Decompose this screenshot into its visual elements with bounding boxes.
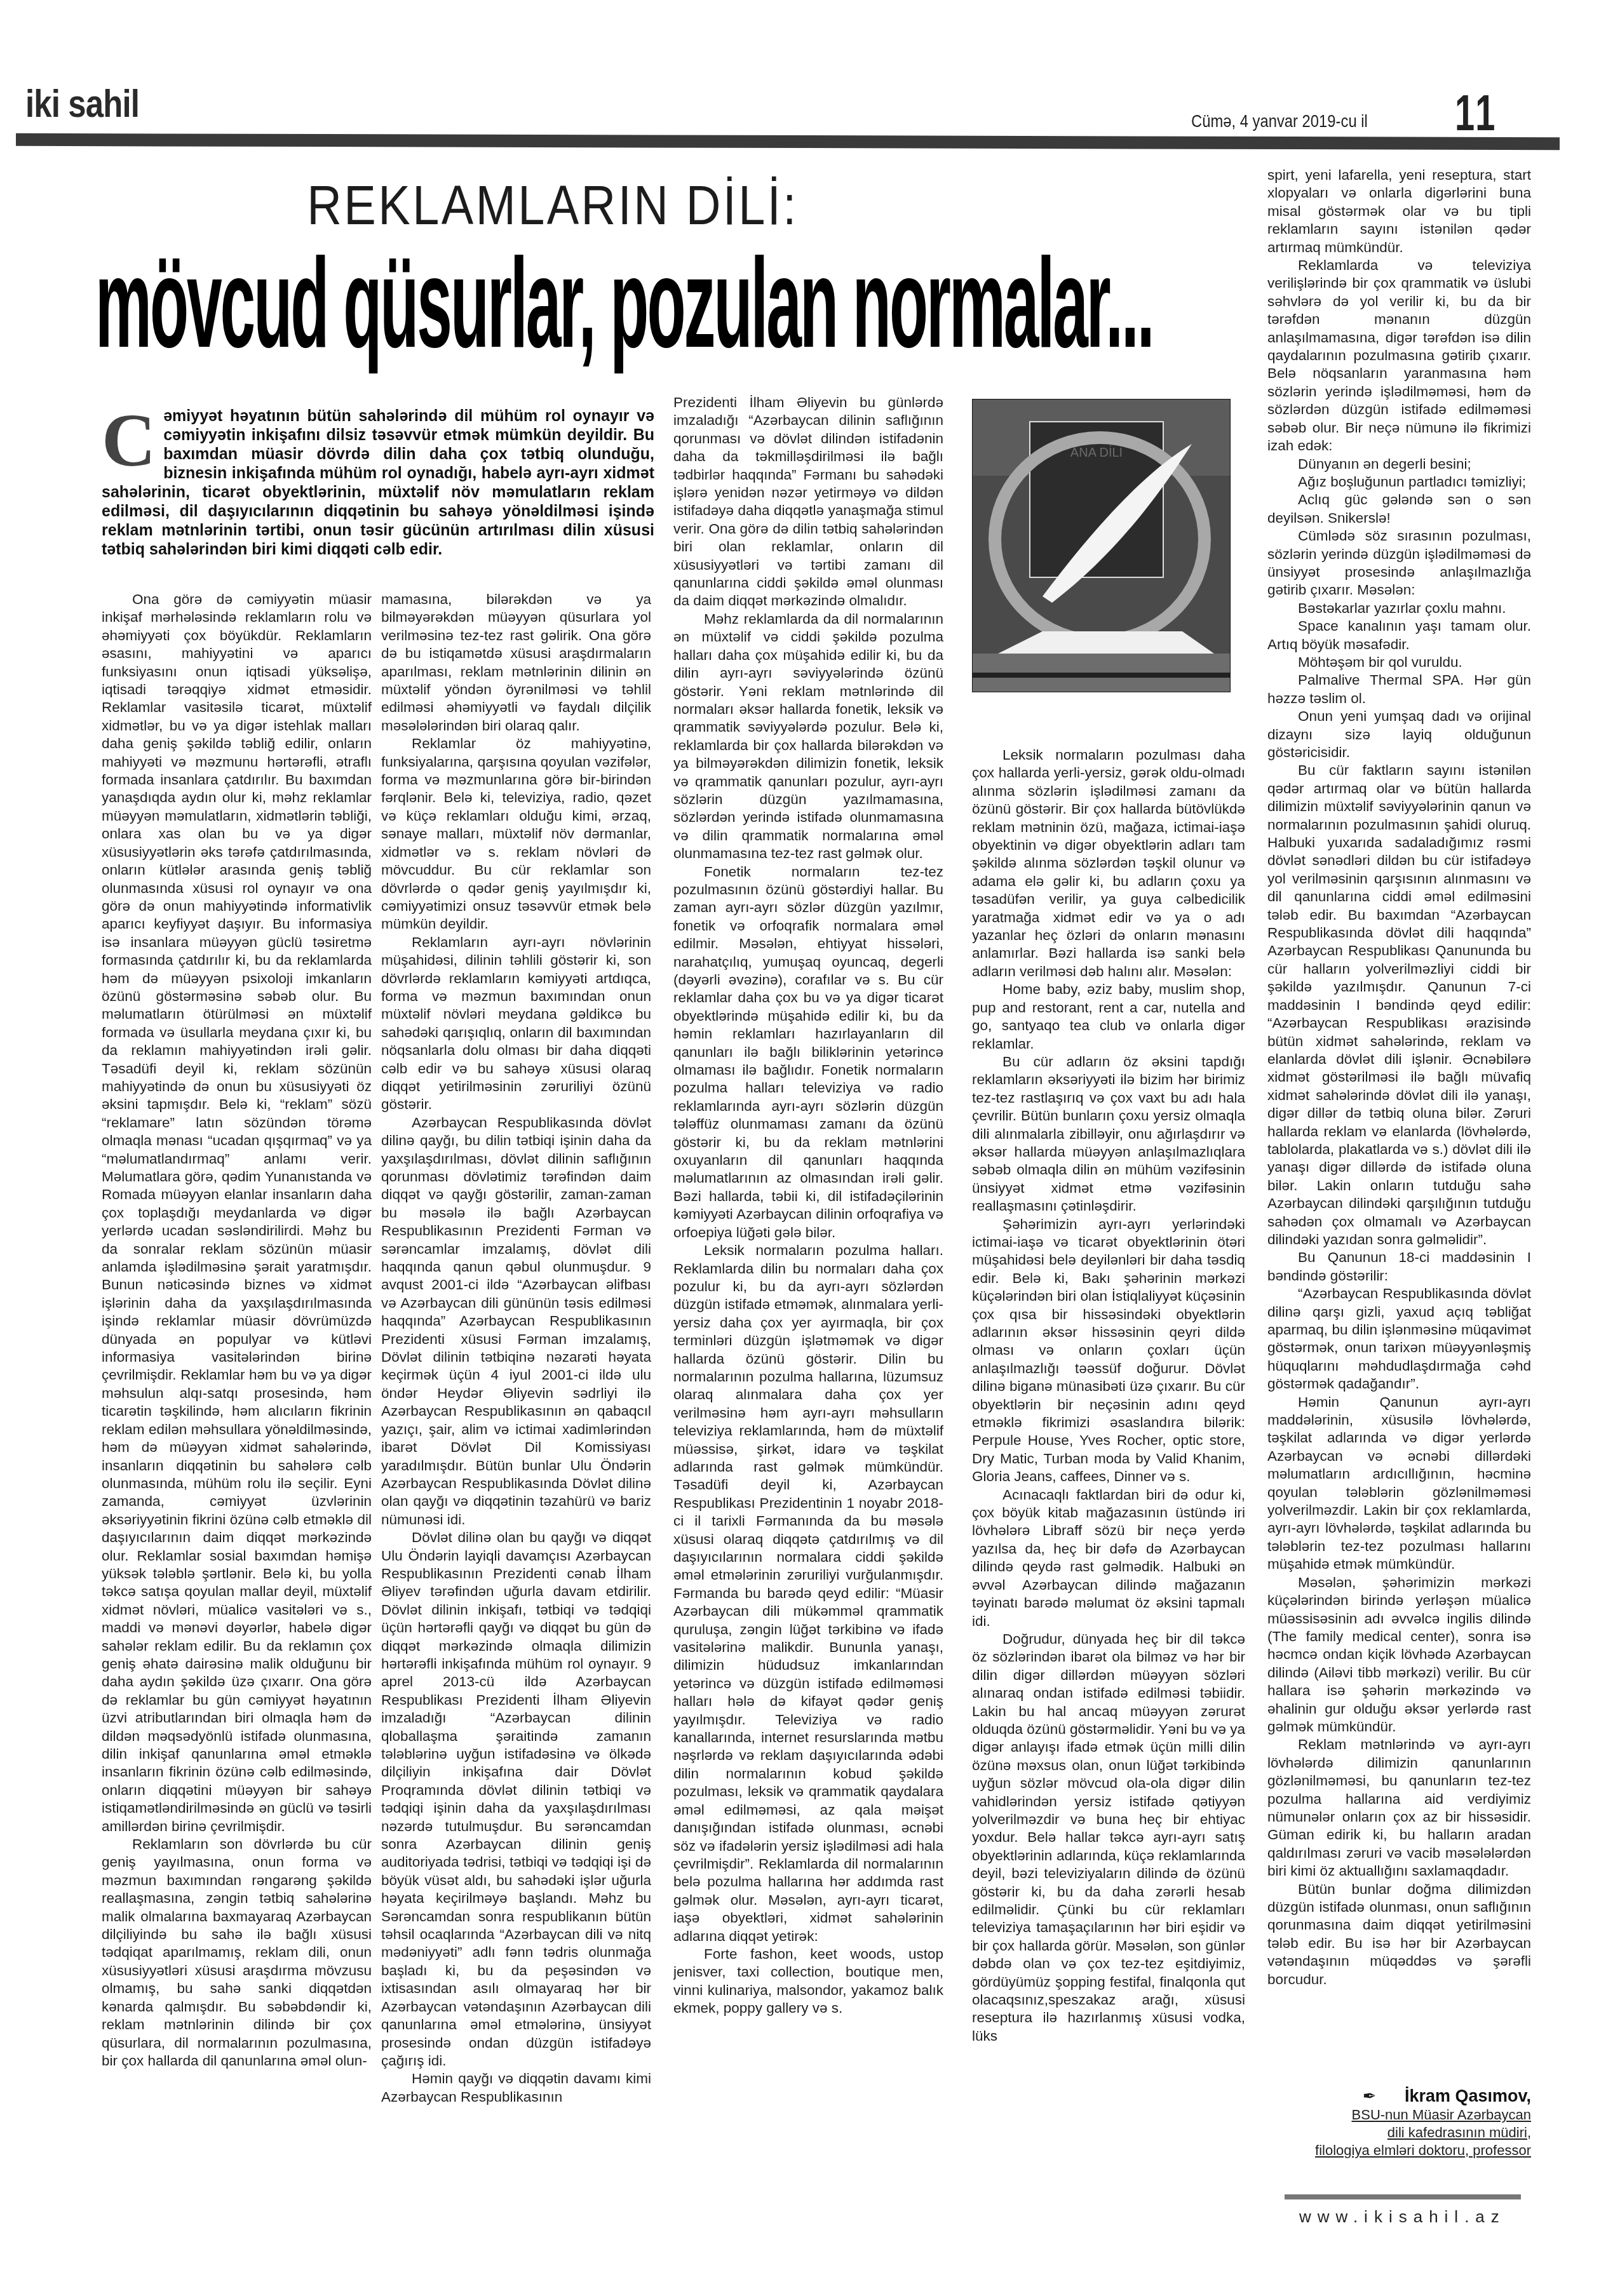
paragraph: “Azərbaycan Respublikasında dövlət dilin… [1267,1285,1531,1393]
monument-photo-icon: ANA DİLİ [973,399,1230,692]
article-kicker: REKLAMLARIN DİLİ: [231,173,875,238]
article-column-5: spirt, yeni lafarella, yeni reseptura, s… [1267,166,1531,2091]
paragraph: Məhz reklamlarda da dil normalarının ən … [673,610,943,863]
paragraph: Reklamlarda və televiziya verilişlərində… [1267,257,1531,455]
paragraph: Bu Qanunun 18-ci maddəsinin I bəndində g… [1267,1249,1531,1285]
example-line: Ağız boşluğunun partladıcı təmizliyi; [1267,473,1531,491]
paragraph: Reklamların ayrı-ayrı növlərinin müşahid… [381,934,651,1114]
example-line: Onun yeni yumşaq dadı və orijinal dizayn… [1267,708,1531,762]
paragraph: Leksik normaların pozulması daha çox hal… [972,746,1245,981]
article-headline: mövcud qüsurlar, pozulan normalar... [95,240,604,367]
footer-rule [1285,2194,1521,2199]
paragraph: Acınacaqlı faktlardan biri də odur ki, ç… [972,1486,1245,1630]
quill-pen-icon: ✒ [1363,2086,1377,2106]
paragraph: Bu cür faktların sayını istənilən qədər … [1267,762,1531,1249]
example-line: Space kanalının yaşı tamam olur. Artıq b… [1267,617,1531,654]
example-line: Aclıq güc gələndə sən o sən deyilsən. Sn… [1267,491,1531,527]
article-lead: C əmiyyət həyatının bütün sahələrində di… [102,406,654,559]
paragraph: Forte fashon, keet woods, ustop jenisver… [673,1945,943,2018]
example-line: Palmalive Thermal SPA. Hər gün həzzə təs… [1267,671,1531,708]
paragraph: Reklamların son dövrlərdə bu cür geniş y… [102,1836,372,2070]
paragraph: Həmin Qanunun ayrı-ayrı maddələrinin, xü… [1267,1393,1531,1574]
paragraph: mamasına, bilərəkdən və ya bilməyərəkdən… [381,591,651,735]
paragraph: Dövlət dilinə olan bu qayğı və diqqət Ul… [381,1529,651,2070]
example-line: Möhtəşəm bir qol vuruldu. [1267,654,1531,671]
page-number: 11 [1455,84,1498,142]
paragraph: Prezidenti İlham Əliyevin bu günlərdə im… [673,394,943,610]
paragraph: Bütün bunlar doğma dilimizdən düzgün ist… [1267,1881,1531,1989]
author-signature: ✒ İkram Qasımov, BSU-nun Müasir Azərbayc… [1277,2086,1531,2159]
paragraph: Bu cür adların öz əksini tapdığı reklaml… [972,1053,1245,1216]
author-title-line: filologiya elmləri doktoru, professor [1277,2142,1531,2159]
paragraph: Reklam mətnlərində və ayrı-ayrı lövhələr… [1267,1736,1531,1880]
article-column-1: Ona görə də cəmiyyətin müasir inkişaf mə… [102,591,372,2198]
paragraph: Azərbaycan Respublikasında dövlət dilinə… [381,1114,651,1529]
article-photo: ANA DİLİ [972,399,1231,692]
paragraph: Reklamlar öz mahiyyətinə, funksiyalarına… [381,735,651,933]
drop-cap: C [102,409,156,473]
paragraph: Fonetik normaların tez-tez pozulmasının … [673,863,943,1242]
paragraph: Cümlədə söz sırasının pozulması, sözləri… [1267,527,1531,600]
svg-text:ANA DİLİ: ANA DİLİ [1070,445,1123,460]
masthead-date: Cümə, 4 yanvar 2019-cu il [1191,111,1368,131]
author-title-line: BSU-nun Müasir Azərbaycan [1277,2106,1531,2124]
paragraph: Ona görə də cəmiyyətin müasir inkişaf mə… [102,591,372,1836]
article-column-3: Prezidenti İlham Əliyevin bu günlərdə im… [673,394,943,2198]
paragraph: Şəhərimizin ayrı-ayrı yerlərindəki ictim… [972,1216,1245,1486]
paragraph: Məsələn, şəhərimizin mərkəzi küçələrində… [1267,1574,1531,1736]
paragraph: Home baby, əziz baby, muslim shop, pup a… [972,981,1245,1053]
paragraph: Doğrudur, dünyada heç bir dil təkcə öz s… [972,1630,1245,2045]
article-column-4: Leksik normaların pozulması daha çox hal… [972,746,1245,2198]
masthead-rule [16,133,1560,150]
author-name: İkram Qasımov, [1405,2086,1531,2105]
masthead-name: iki sahil [25,81,139,126]
article-column-2: mamasına, bilərəkdən və ya bilməyərəkdən… [381,591,651,2198]
example-line: Bəstəkarlar yazırlar çoxlu mahnı. [1267,600,1531,617]
lead-text: əmiyyət həyatının bütün sahələrində dil … [102,407,654,558]
paragraph: Leksik normaların pozulma halları. Rekla… [673,1242,943,1945]
author-title-line: dili kafedrasının müdiri, [1277,2124,1531,2142]
paragraph: Həmin qayğı və diqqətin davamı kimi Azər… [381,2070,651,2106]
footer-url[interactable]: www.ikisahil.az [1299,2207,1506,2227]
paragraph: spirt, yeni lafarella, yeni reseptura, s… [1267,166,1531,257]
example-line: Dünyanın ən degerli besini; [1267,455,1531,473]
